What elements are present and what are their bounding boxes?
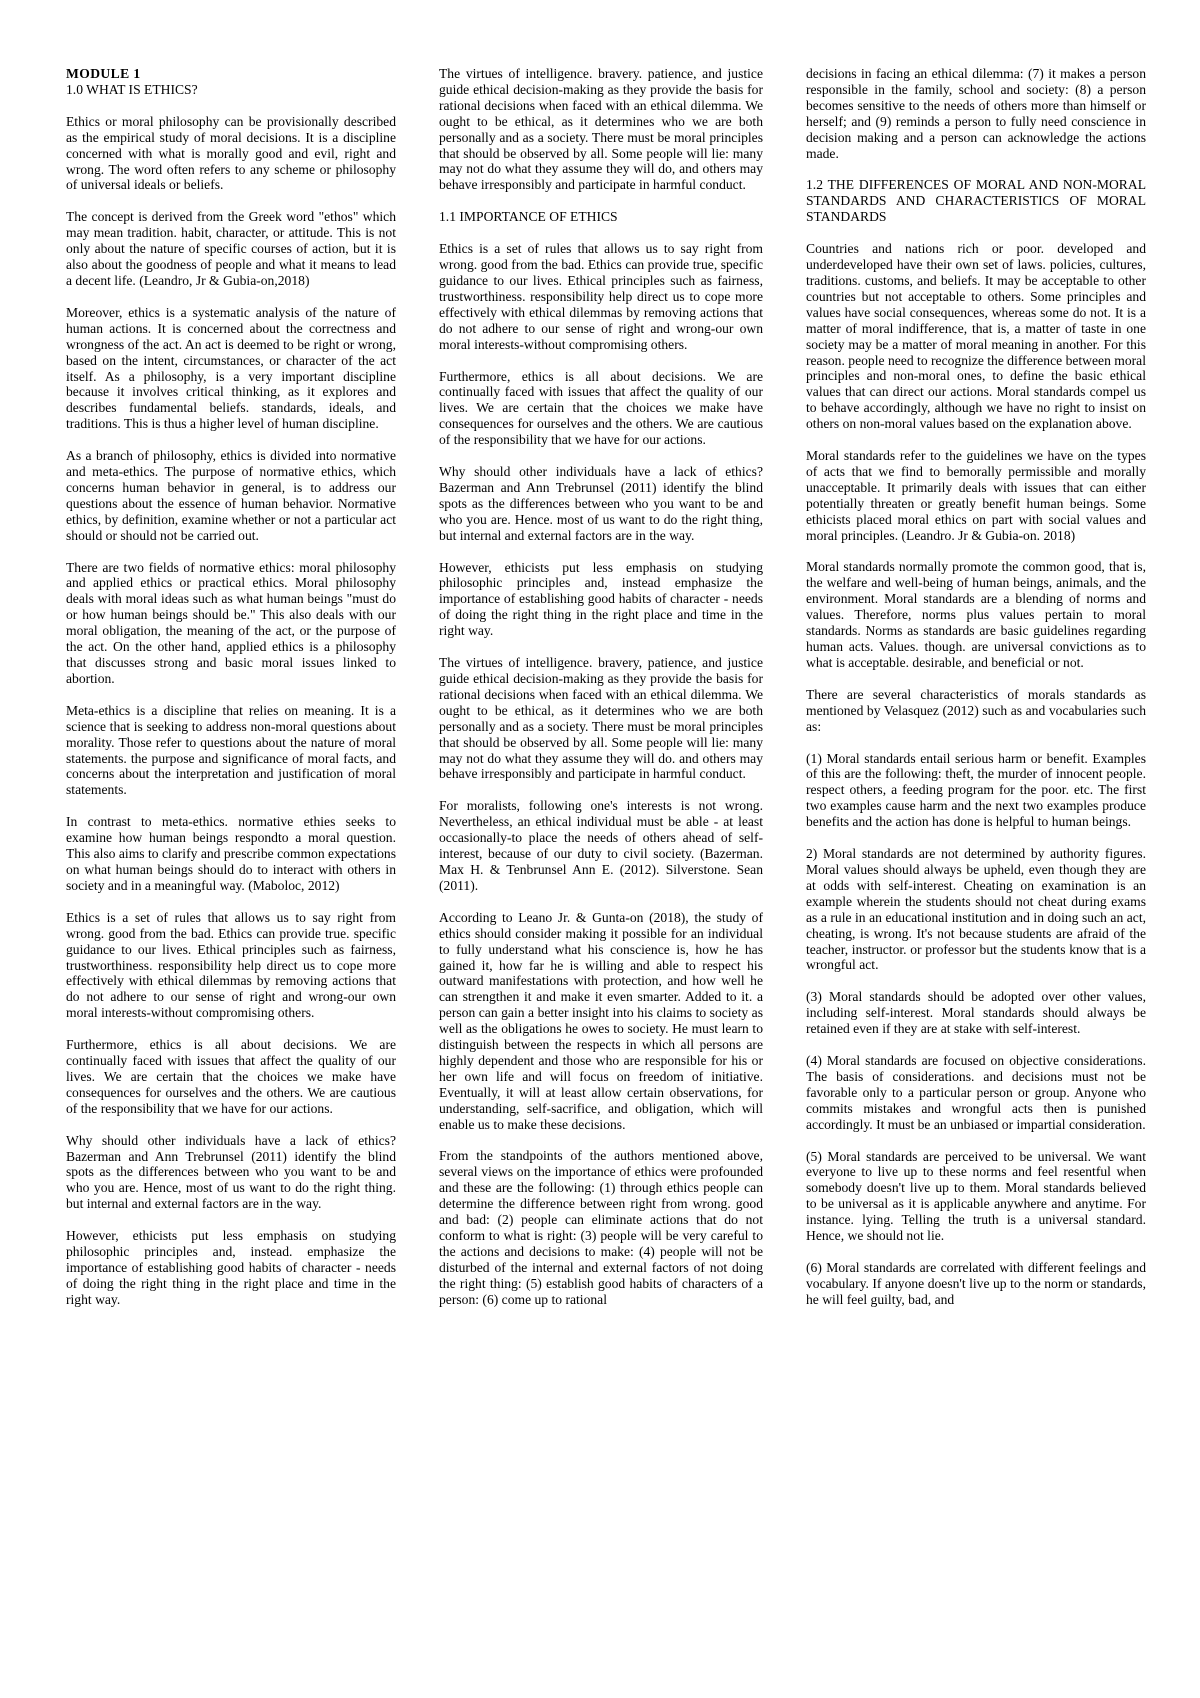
column-3: decisions in facing an ethical dilemma: …: [806, 66, 1146, 1324]
paragraph: Ethics is a set of rules that allows us …: [66, 910, 396, 1021]
three-column-layout: MODULE 1 1.0 WHAT IS ETHICS? Ethics or m…: [66, 66, 1145, 1324]
paragraph: (4) Moral standards are focused on objec…: [806, 1053, 1146, 1133]
document-page: MODULE 1 1.0 WHAT IS ETHICS? Ethics or m…: [0, 0, 1200, 1698]
paragraph: (3) Moral standards should be adopted ov…: [806, 989, 1146, 1037]
paragraph: 2) Moral standards are not determined by…: [806, 846, 1146, 973]
paragraph: However, ethicists put less emphasis on …: [66, 1228, 396, 1308]
paragraph: Countries and nations rich or poor. deve…: [806, 241, 1146, 432]
paragraph: Why should other individuals have a lack…: [66, 1133, 396, 1213]
column-2: The virtues of intelligence. bravery. pa…: [439, 66, 763, 1324]
paragraph: According to Leano Jr. & Gunta-on (2018)…: [439, 910, 763, 1133]
paragraph: From the standpoints of the authors ment…: [439, 1148, 763, 1307]
paragraph: Ethics or moral philosophy can be provis…: [66, 114, 396, 194]
paragraph: As a branch of philosophy, ethics is div…: [66, 448, 396, 543]
paragraph: The virtues of intelligence. bravery. pa…: [439, 66, 763, 193]
paragraph: Meta-ethics is a discipline that relies …: [66, 703, 396, 798]
paragraph: In contrast to meta-ethics. normative et…: [66, 814, 396, 894]
paragraph: There are two fields of normative ethics…: [66, 560, 396, 687]
paragraph: Furthermore, ethics is all about decisio…: [66, 1037, 396, 1117]
paragraph: (5) Moral standards are perceived to be …: [806, 1149, 1146, 1244]
paragraph: The concept is derived from the Greek wo…: [66, 209, 396, 289]
section-heading-1-2: 1.2 THE DIFFERENCES OF MORAL AND NON-MOR…: [806, 177, 1146, 225]
section-heading-1-0: 1.0 WHAT IS ETHICS?: [66, 82, 396, 98]
paragraph: Why should other individuals have a lack…: [439, 464, 763, 544]
paragraph: Moreover, ethics is a systematic analysi…: [66, 305, 396, 432]
paragraph: There are several characteristics of mor…: [806, 687, 1146, 735]
section-heading-1-1: 1.1 IMPORTANCE OF ETHICS: [439, 209, 763, 225]
paragraph: (1) Moral standards entail serious harm …: [806, 751, 1146, 831]
paragraph: The virtues of intelligence. bravery, pa…: [439, 655, 763, 782]
paragraph: However, ethicists put less emphasis on …: [439, 560, 763, 640]
paragraph: Moral standards normally promote the com…: [806, 559, 1146, 670]
module-title: MODULE 1: [66, 66, 396, 82]
paragraph: decisions in facing an ethical dilemma: …: [806, 66, 1146, 161]
paragraph: For moralists, following one's interests…: [439, 798, 763, 893]
column-1: MODULE 1 1.0 WHAT IS ETHICS? Ethics or m…: [66, 66, 396, 1324]
paragraph: Ethics is a set of rules that allows us …: [439, 241, 763, 352]
paragraph: Moral standards refer to the guidelines …: [806, 448, 1146, 543]
paragraph: Furthermore, ethics is all about decisio…: [439, 369, 763, 449]
paragraph: (6) Moral standards are correlated with …: [806, 1260, 1146, 1308]
